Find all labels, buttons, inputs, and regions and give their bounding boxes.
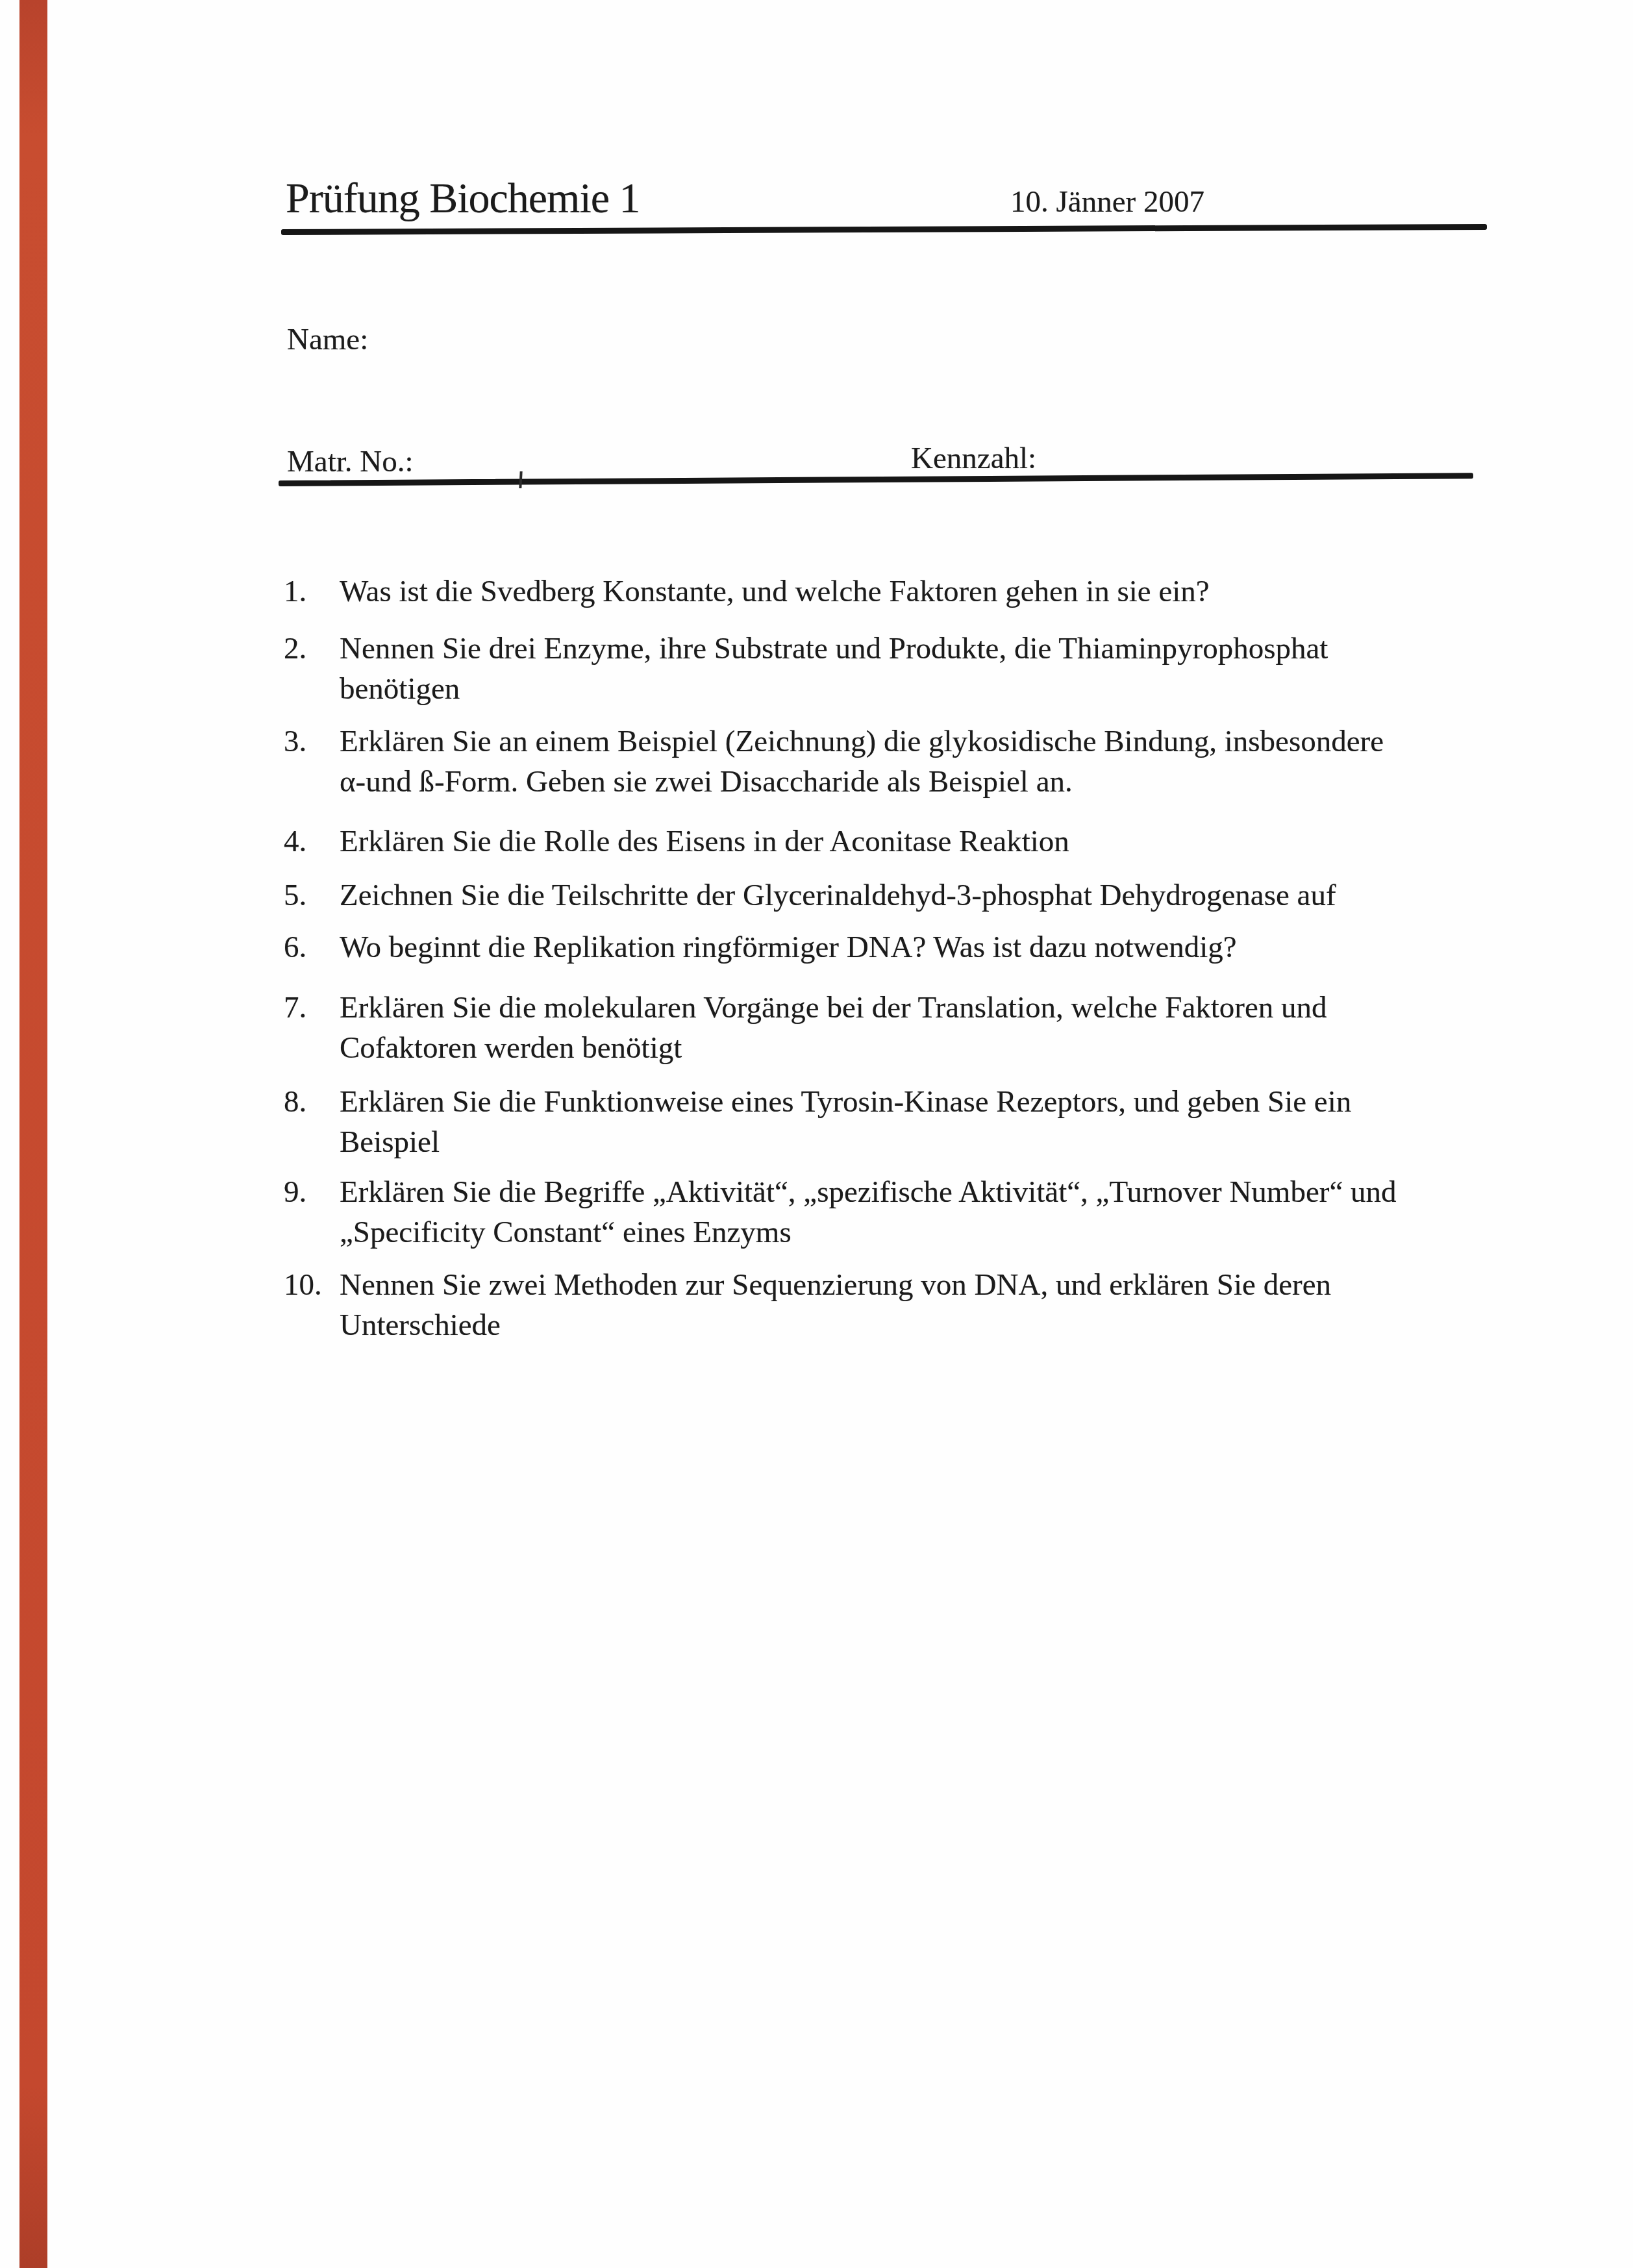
question-text: Erklären Sie die Funktionweise eines Tyr… [340, 1082, 1498, 1162]
scan-tick-artifact [519, 471, 522, 488]
question-item: 1.Was ist die Svedberg Konstante, und we… [284, 571, 1498, 612]
question-text: Erklären Sie an einem Beispiel (Zeichnun… [340, 721, 1498, 802]
question-item: 3.Erklären Sie an einem Beispiel (Zeichn… [284, 721, 1498, 802]
question-item: 4.Erklären Sie die Rolle des Eisens in d… [284, 821, 1498, 862]
question-number: 6. [284, 927, 340, 967]
question-text: Zeichnen Sie die Teilschritte der Glycer… [340, 875, 1498, 916]
question-number: 2. [284, 629, 340, 709]
question-text: Was ist die Svedberg Konstante, und welc… [340, 571, 1498, 612]
question-number: 4. [284, 821, 340, 862]
name-label: Name: [287, 322, 368, 357]
question-text: Erklären Sie die molekularen Vorgänge be… [340, 988, 1498, 1068]
kennzahl-label: Kennzahl: [911, 441, 1036, 476]
question-number: 5. [284, 875, 340, 916]
exam-title: Prüfung Biochemie 1 [286, 174, 640, 223]
question-item: 5.Zeichnen Sie die Teilschritte der Glyc… [284, 875, 1498, 916]
header-underline-rule [281, 224, 1487, 235]
question-number: 3. [284, 721, 340, 802]
question-item: 6.Wo beginnt die Replikation ringförmige… [284, 927, 1498, 967]
question-item: 2.Nennen Sie drei Enzyme, ihre Substrate… [284, 629, 1498, 709]
question-number: 8. [284, 1082, 340, 1162]
scan-edge-stripe [19, 0, 47, 2268]
question-item: 7.Erklären Sie die molekularen Vorgänge … [284, 988, 1498, 1068]
question-text: Nennen Sie zwei Methoden zur Sequenzieru… [340, 1265, 1498, 1345]
question-item: 9.Erklären Sie die Begriffe „Aktivität“,… [284, 1172, 1498, 1252]
question-text: Erklären Sie die Begriffe „Aktivität“, „… [340, 1172, 1498, 1252]
question-item: 8.Erklären Sie die Funktionweise eines T… [284, 1082, 1498, 1162]
matr-no-label: Matr. No.: [287, 444, 414, 479]
question-text: Wo beginnt die Replikation ringförmiger … [340, 927, 1498, 967]
question-number: 7. [284, 988, 340, 1068]
question-text: Erklären Sie die Rolle des Eisens in der… [340, 821, 1498, 862]
question-number: 1. [284, 571, 340, 612]
exam-date: 10. Jänner 2007 [1010, 184, 1204, 219]
fields-underline-rule [279, 473, 1473, 486]
question-number: 9. [284, 1172, 340, 1252]
question-number: 10. [284, 1265, 340, 1345]
question-text: Nennen Sie drei Enzyme, ihre Substrate u… [340, 629, 1498, 709]
scanned-exam-page: Prüfung Biochemie 1 10. Jänner 2007 Name… [0, 0, 1633, 2268]
question-item: 10.Nennen Sie zwei Methoden zur Sequenzi… [284, 1265, 1498, 1345]
